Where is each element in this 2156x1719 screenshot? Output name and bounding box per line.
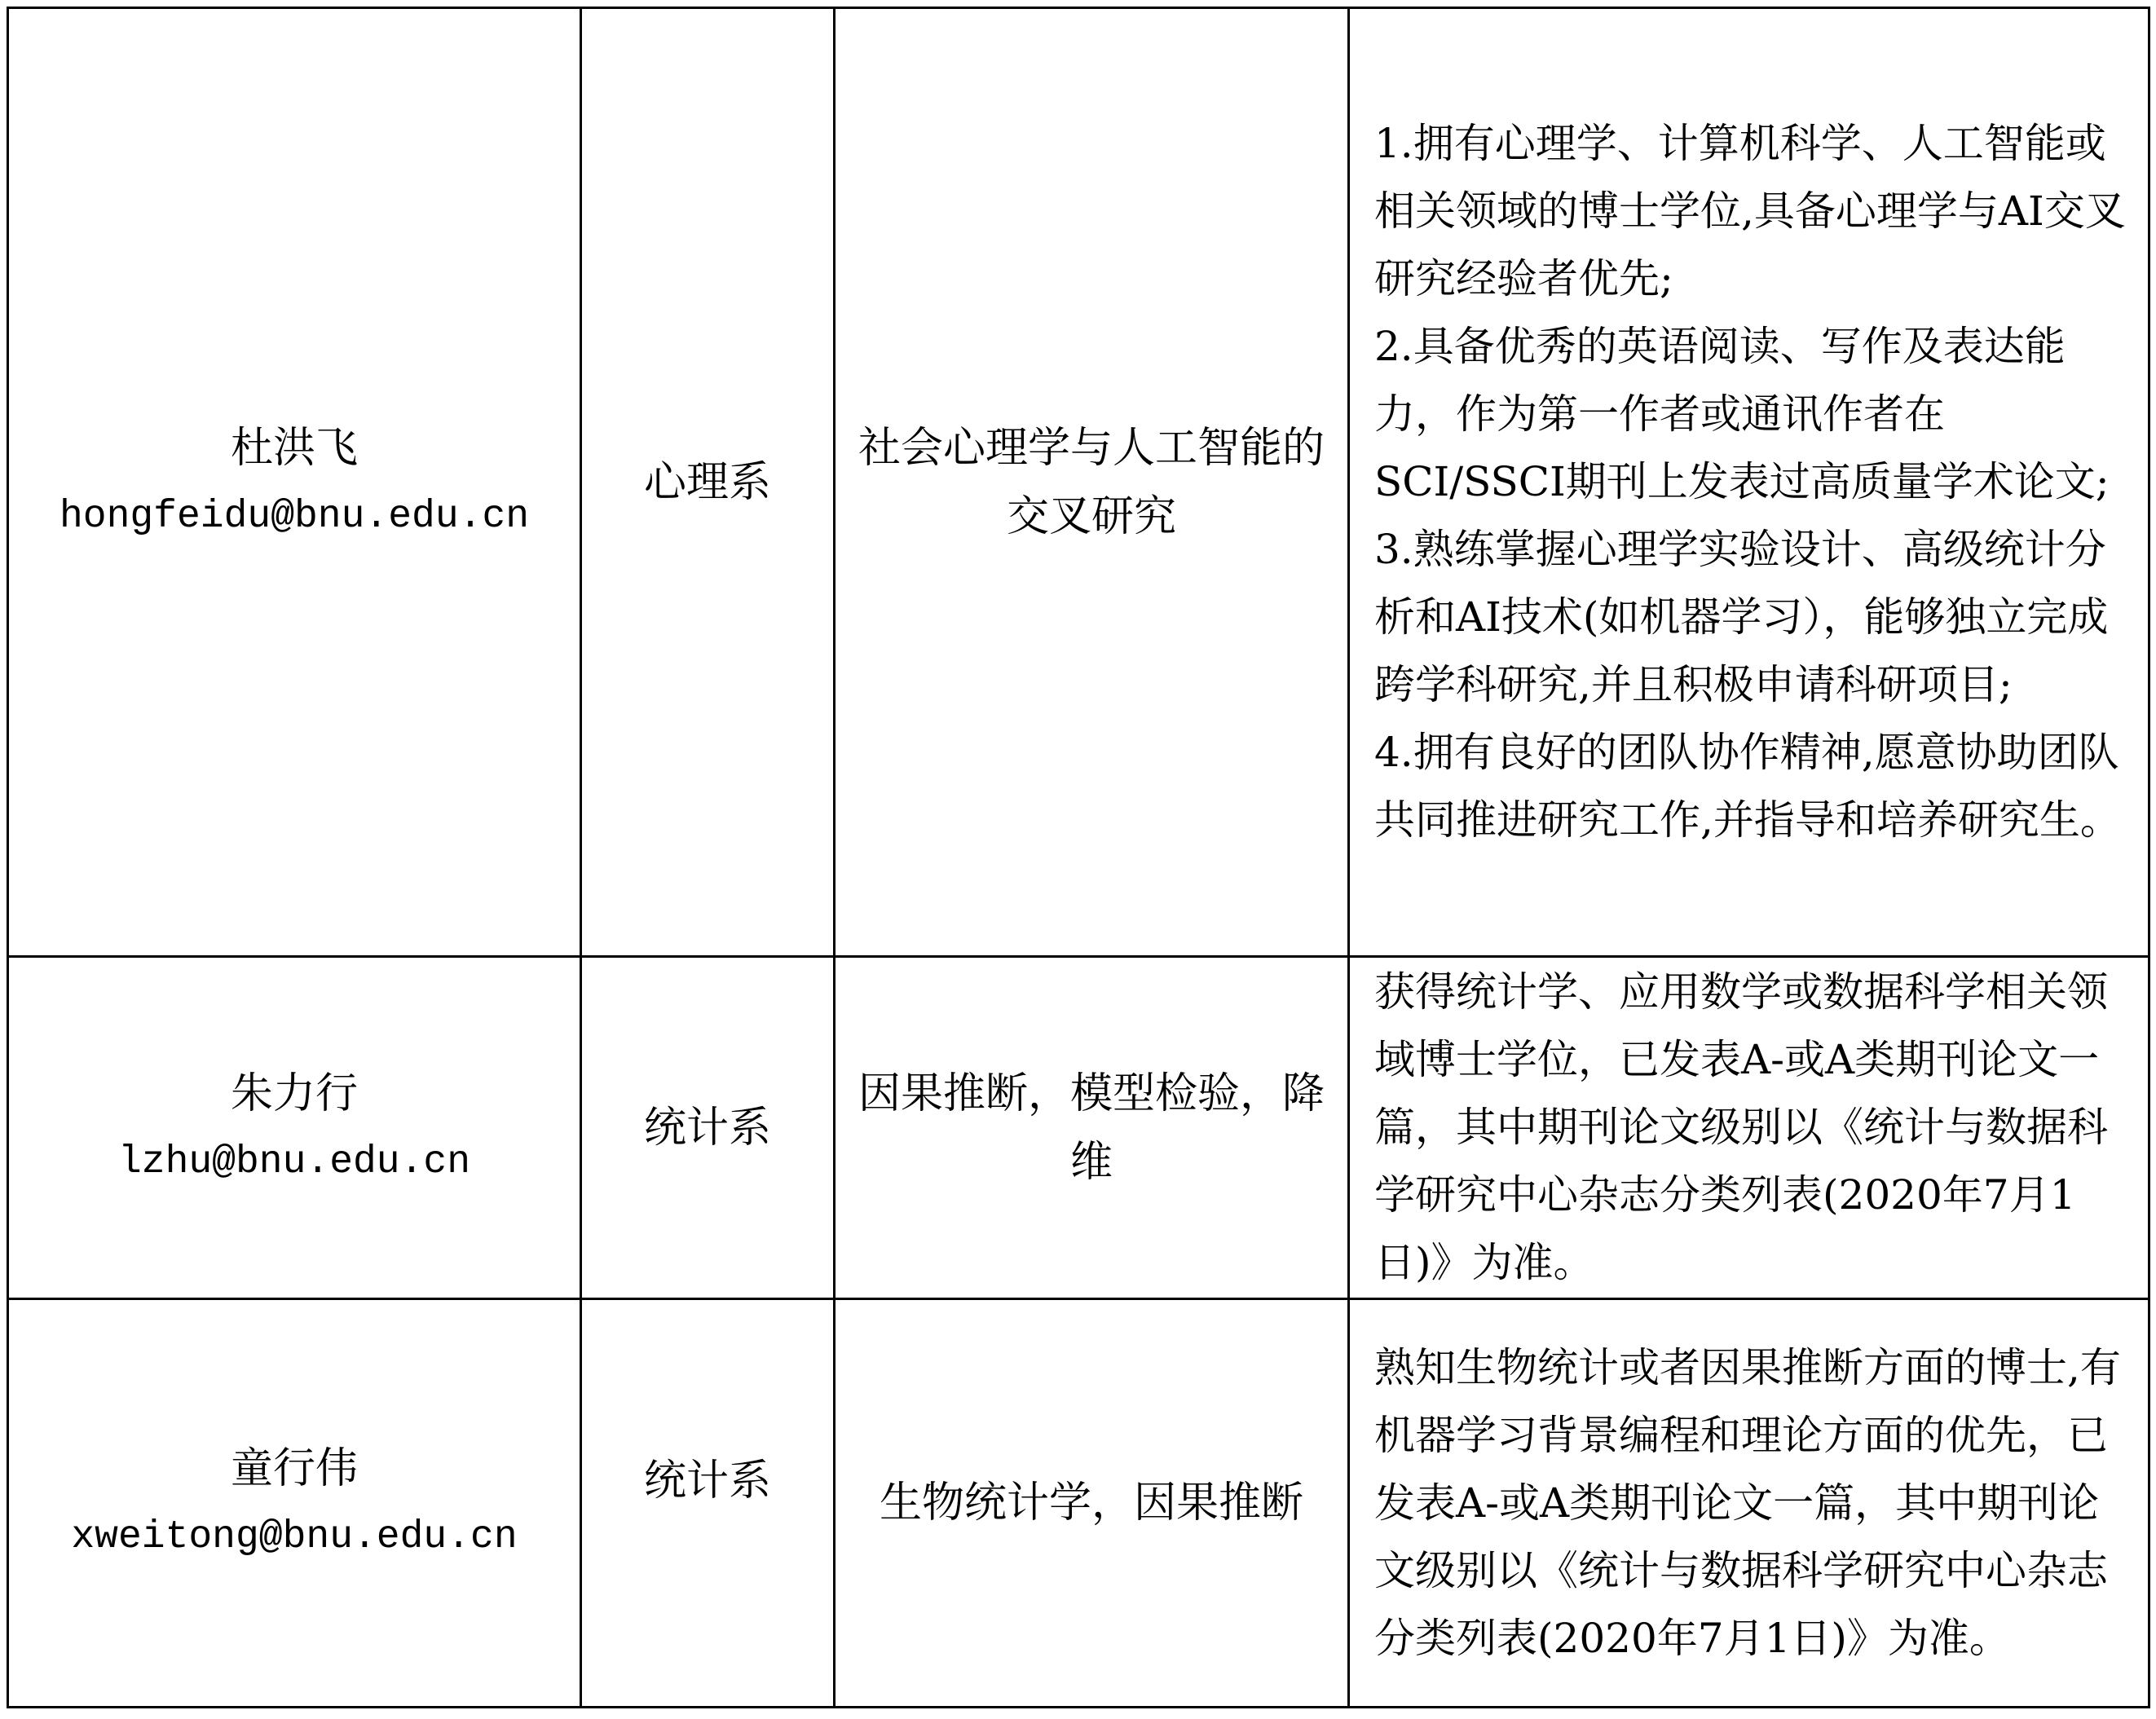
table-row: 朱力行 lzhu@bnu.edu.cn 统计系 因果推断，模型检验，降维 获得统…: [9, 958, 2148, 1300]
contact-cell: 童行伟 xweitong@bnu.edu.cn: [9, 1300, 582, 1706]
research-area: 因果推断，模型检验，降维: [836, 1060, 1347, 1197]
advisor-name: 杜洪飞: [231, 414, 358, 483]
department: 统计系: [644, 1447, 771, 1515]
department-cell: 统计系: [582, 1300, 836, 1706]
research-area: 生物统计学，因果推断: [863, 1469, 1320, 1537]
department-cell: 统计系: [582, 958, 836, 1298]
research-area: 社会心理学与人工智能的交叉研究: [836, 414, 1347, 551]
faculty-positions-table: 杜洪飞 hongfeidu@bnu.edu.cn 心理系 社会心理学与人工智能的…: [7, 7, 2150, 1708]
department-cell: 心理系: [582, 9, 836, 955]
advisor-name: 朱力行: [231, 1060, 358, 1128]
research-area-cell: 生物统计学，因果推断: [836, 1300, 1350, 1706]
table-row: 童行伟 xweitong@bnu.edu.cn 统计系 生物统计学，因果推断 熟…: [9, 1300, 2148, 1706]
requirements-cell: 获得统计学、应用数学或数据科学相关领域博士学位，已发表A-或A类期刊论文一篇，其…: [1350, 958, 2148, 1298]
advisor-name: 童行伟: [231, 1435, 358, 1503]
research-area-cell: 社会心理学与人工智能的交叉研究: [836, 9, 1350, 955]
contact-cell: 杜洪飞 hongfeidu@bnu.edu.cn: [9, 9, 582, 955]
department: 心理系: [644, 448, 771, 517]
requirement-item: 3.熟练掌握心理学实验设计、高级统计分析和AI技术(如机器学习），能够独立完成跨…: [1374, 516, 2130, 719]
requirement-item: 获得统计学、应用数学或数据科学相关领域博士学位，已发表A-或A类期刊论文一篇，其…: [1374, 959, 2130, 1297]
requirements-cell: 熟知生物统计或者因果推断方面的博士,有机器学习背景编程和理论方面的优先，已发表A…: [1350, 1300, 2148, 1706]
department: 统计系: [644, 1094, 771, 1162]
advisor-email: lzhu@bnu.edu.cn: [118, 1128, 470, 1197]
table-row: 杜洪飞 hongfeidu@bnu.edu.cn 心理系 社会心理学与人工智能的…: [9, 9, 2148, 958]
contact-cell: 朱力行 lzhu@bnu.edu.cn: [9, 958, 582, 1298]
requirement-item: 4.拥有良好的团队协作精神,愿意协助团队共同推进研究工作,并指导和培养研究生。: [1374, 719, 2130, 854]
advisor-email: xweitong@bnu.edu.cn: [71, 1503, 517, 1571]
requirement-item: 1.拥有心理学、计算机科学、人工智能或相关领域的博士学位,具备心理学与AI交叉研…: [1374, 110, 2130, 313]
requirements-cell: 1.拥有心理学、计算机科学、人工智能或相关领域的博士学位,具备心理学与AI交叉研…: [1350, 9, 2148, 955]
requirement-item: 2.具备优秀的英语阅读、写作及表达能力，作为第一作者或通讯作者在SCI/SSCI…: [1374, 313, 2130, 516]
advisor-email: hongfeidu@bnu.edu.cn: [60, 483, 529, 551]
research-area-cell: 因果推断，模型检验，降维: [836, 958, 1350, 1298]
requirement-item: 熟知生物统计或者因果推断方面的博士,有机器学习背景编程和理论方面的优先，已发表A…: [1374, 1334, 2130, 1673]
